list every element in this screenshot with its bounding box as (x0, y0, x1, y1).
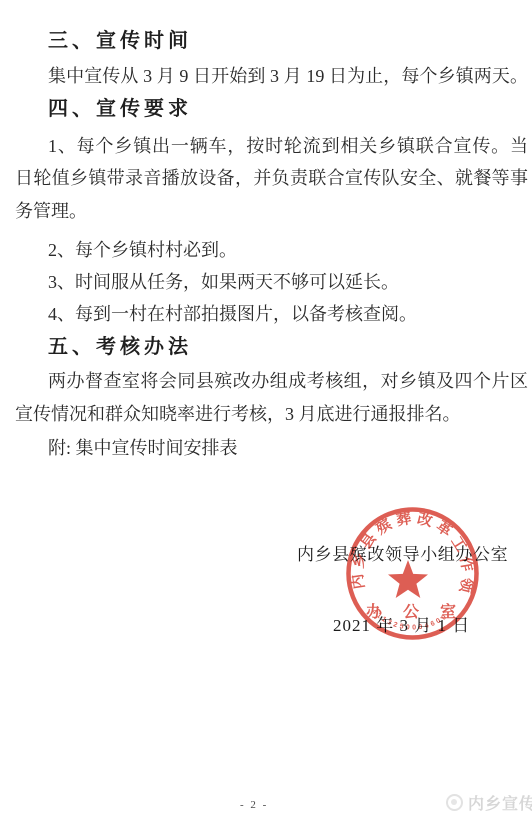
body-line: 2、每个乡镇村村必到。 (15, 238, 528, 262)
official-seal: 内乡县殡葬改革工作领导小组 办公室 4113250004600 (343, 504, 482, 643)
body-line: 务管理。 (15, 199, 528, 223)
watermark: 内乡宣传 (446, 791, 532, 814)
body-line: 宣传情况和群众知晓率进行考核，3 月底进行通报排名。 (15, 402, 528, 426)
body-line: 集中宣传从 3 月 9 日开始到 3 月 19 日为止，每个乡镇两天。 (15, 64, 528, 88)
document-page: { "document": { "lines": [ { "text": "三、… (0, 0, 532, 828)
body-line: 1、每个乡镇出一辆车，按时轮流到相关乡镇联合宣传。当 (15, 134, 528, 158)
section-heading-4: 四、宣传要求 (48, 97, 192, 121)
body-line: 两办督查室将会同县殡改办组成考核组，对乡镇及四个片区 (15, 369, 528, 393)
section-heading-3: 三、宣传时间 (48, 29, 192, 53)
watermark-logo-icon (446, 794, 463, 811)
page-number: - 2 - (240, 799, 268, 811)
body-line: 4、每到一村在村部拍摄图片，以备考核查阅。 (15, 302, 528, 326)
body-line: 3、时间服从任务，如果两天不够可以延长。 (15, 270, 528, 294)
attachment-note: 附: 集中宣传时间安排表 (15, 436, 528, 460)
body-line: 日轮值乡镇带录音播放设备，并负责联合宣传队安全、就餐等事 (15, 166, 528, 190)
watermark-label: 内乡宣传 (468, 791, 532, 814)
section-heading-5: 五、考核办法 (48, 335, 192, 359)
seal-star-icon (388, 560, 428, 598)
